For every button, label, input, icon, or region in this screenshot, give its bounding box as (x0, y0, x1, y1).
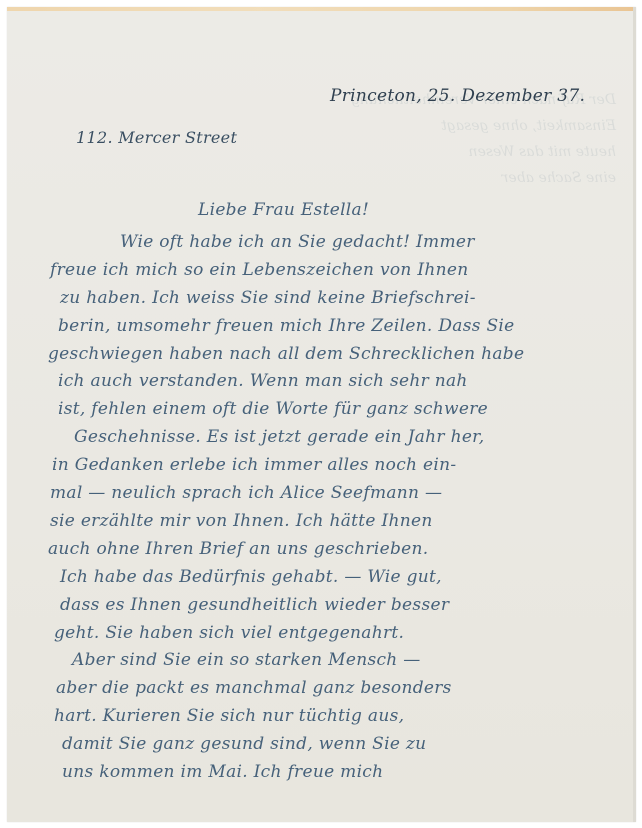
paper-right-edge (633, 7, 636, 822)
letter-body-line: damit Sie ganz gesund sind, wenn Sie zu (62, 734, 426, 754)
letter-body-line: freue ich mich so ein Lebenszeichen von … (50, 260, 468, 280)
letter-body-line: ist, fehlen einem oft die Worte für ganz… (58, 399, 488, 419)
letter-body-line: sie erzählte mir von Ihnen. Ich hätte Ih… (50, 511, 433, 531)
letter-body-line: Wie oft habe ich an Sie gedacht! Immer (120, 232, 475, 252)
letter-body-line: auch ohne Ihren Brief an uns geschrieben… (48, 539, 428, 559)
letter-body-line: uns kommen im Mai. Ich freue mich (62, 762, 383, 782)
letter-body-line: zu haben. Ich weiss Sie sind keine Brief… (60, 288, 476, 308)
letter-body-line: dass es Ihnen gesundheitlich wieder bess… (60, 595, 449, 615)
letter-body-line: Geschehnisse. Es ist jetzt gerade ein Ja… (74, 427, 484, 447)
letter-body-line: geht. Sie haben sich viel entgegenahrt. (54, 623, 404, 643)
letter-body-line: hart. Kurieren Sie sich nur tüchtig aus, (54, 706, 404, 726)
letter-body-line: berin, umsomehr freuen mich Ihre Zeilen.… (58, 316, 515, 336)
letter-salutation: Liebe Frau Estella! (198, 200, 369, 220)
letter-address: 112. Mercer Street (76, 128, 237, 147)
letter-body-line: Aber sind Sie ein so starken Mensch — (72, 650, 421, 670)
letter-body-line: in Gedanken erlebe ich immer alles noch … (52, 455, 456, 475)
letter-body-line: geschwiegen haben nach all dem Schreckli… (48, 344, 524, 364)
letter-dateline: Princeton, 25. Dezember 37. (330, 86, 585, 106)
letter-body-line: Ich habe das Bedürfnis gehabt. — Wie gut… (60, 567, 442, 587)
letter-body-line: mal — neulich sprach ich Alice Seefmann … (50, 483, 442, 503)
letter-body-line: ich auch verstanden. Wenn man sich sehr … (58, 371, 468, 391)
paper-top-edge (7, 7, 636, 11)
letter-body-line: aber die packt es manchmal ganz besonder… (56, 678, 452, 698)
